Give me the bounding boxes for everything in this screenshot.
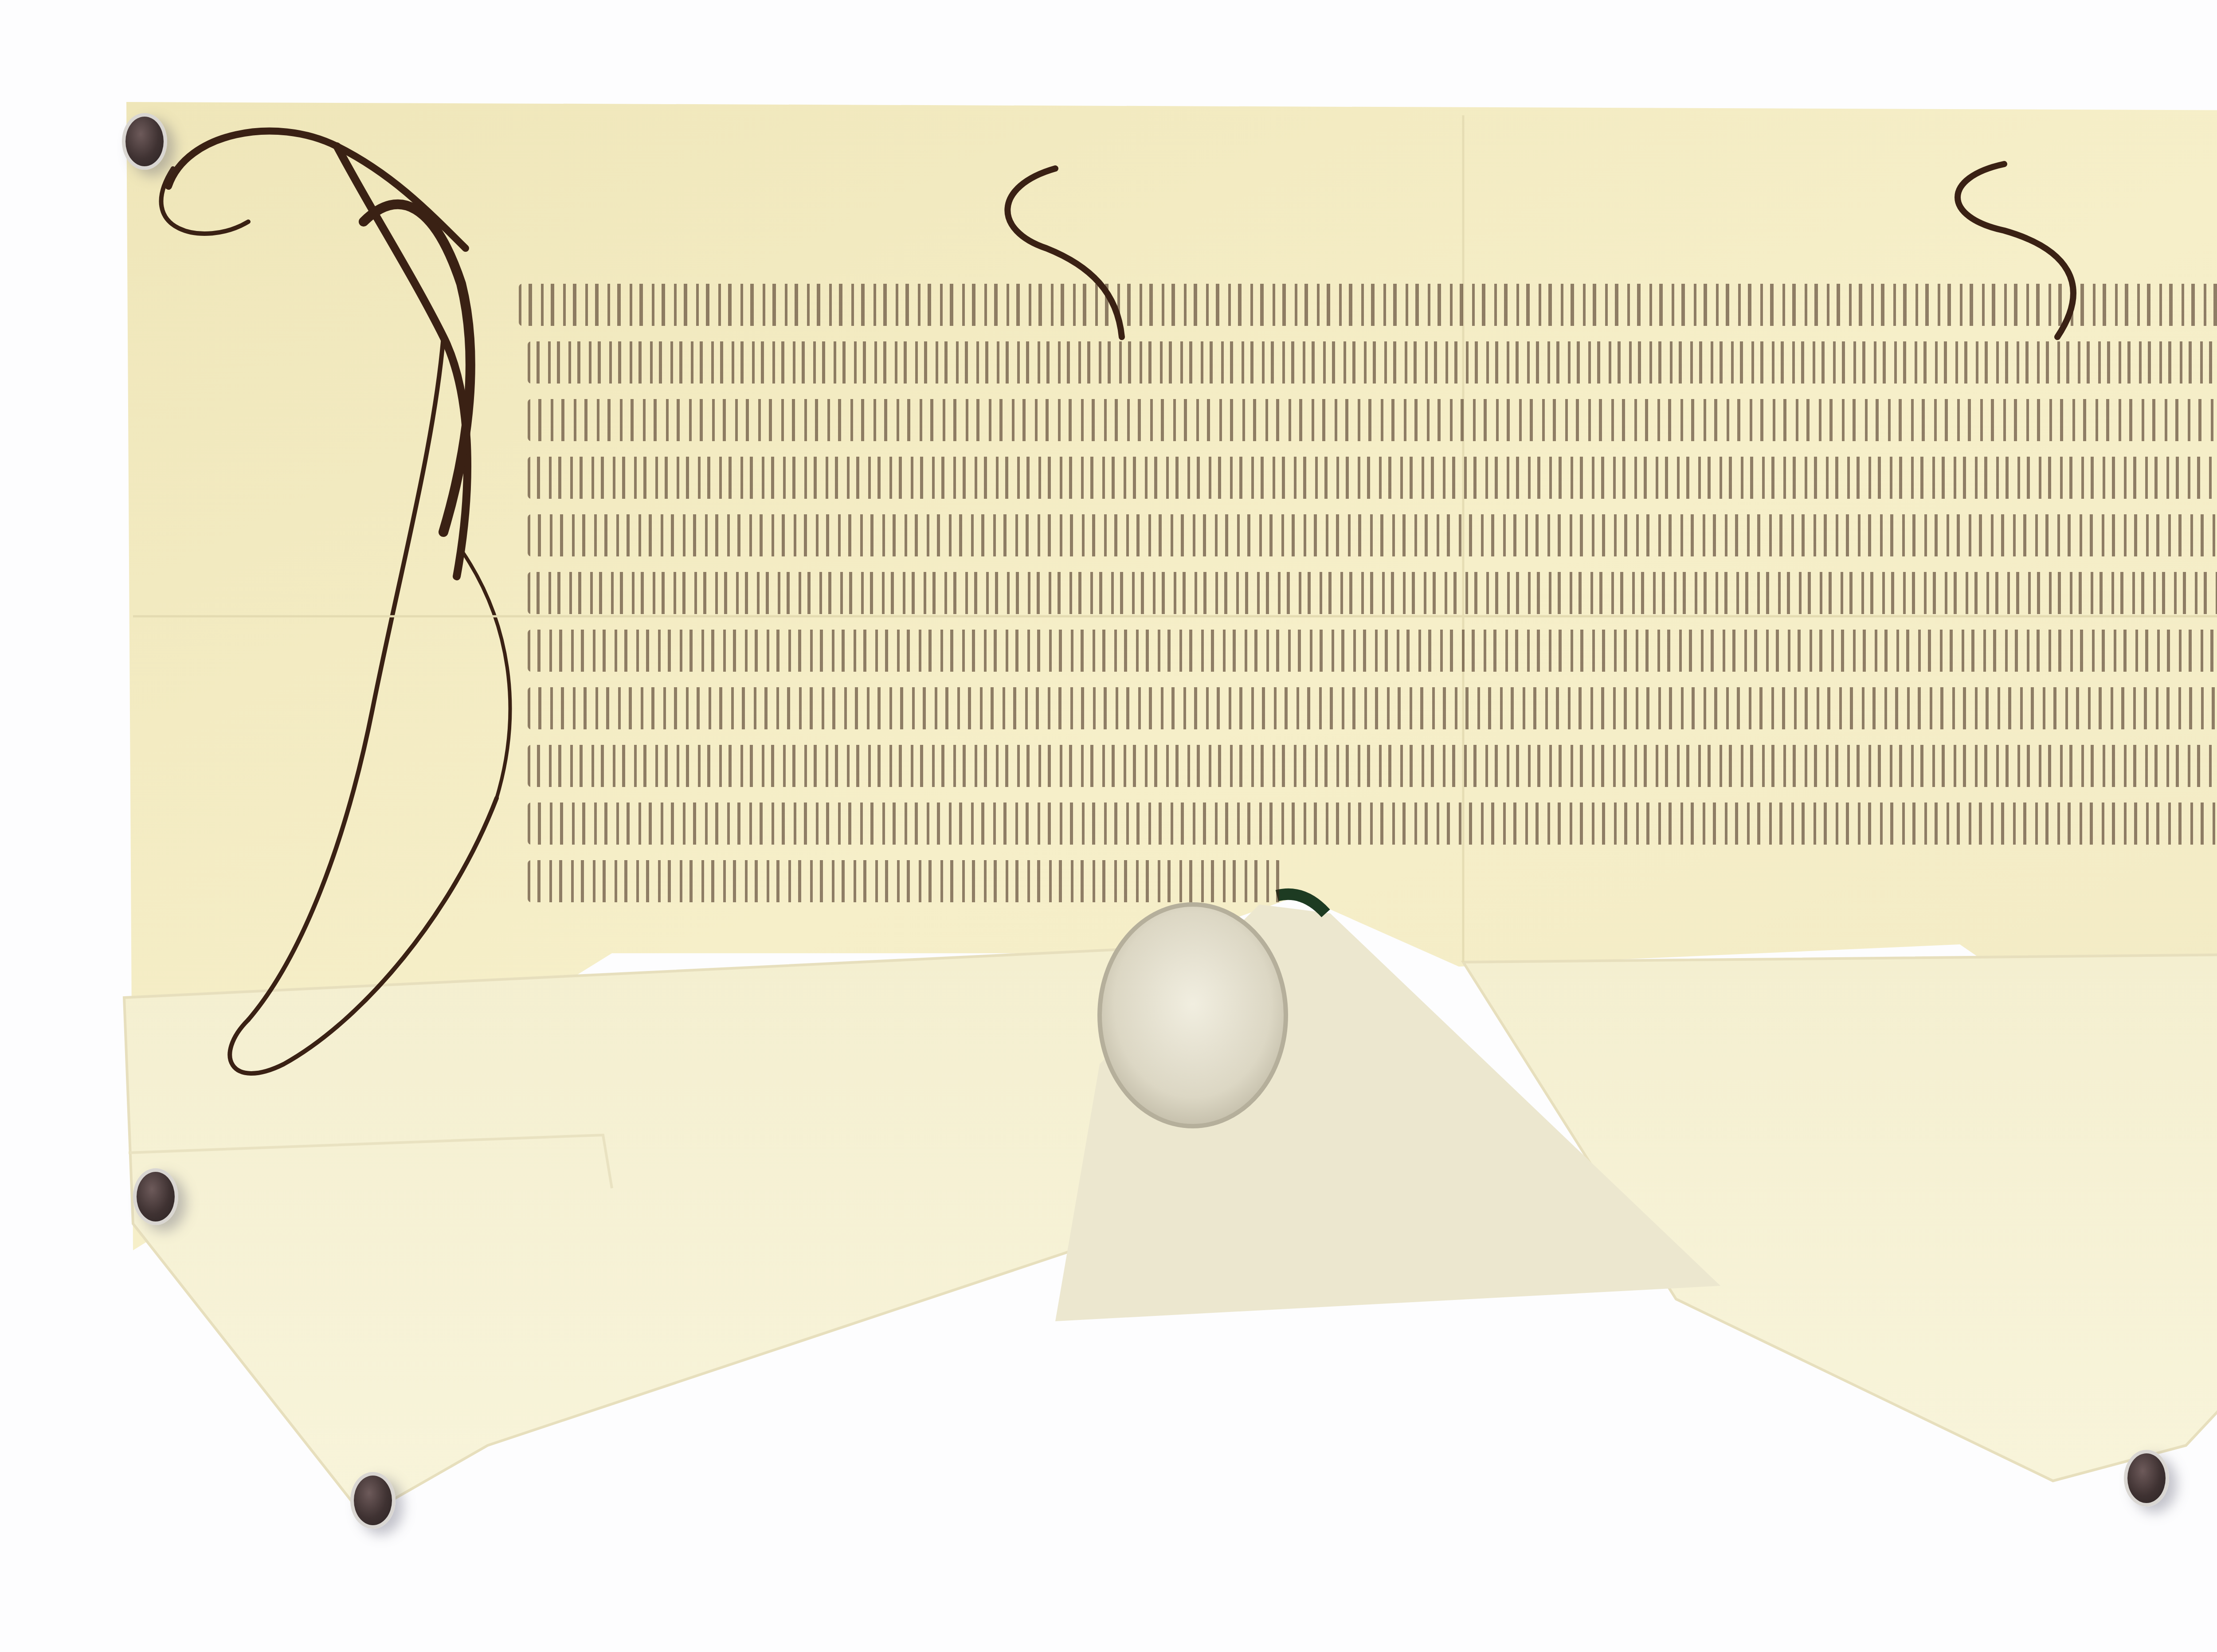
script-line bbox=[528, 572, 2217, 614]
magnet-pin-bottom-right bbox=[2124, 1450, 2169, 1507]
script-line bbox=[528, 457, 2217, 499]
magnet-pin-bottom-left bbox=[350, 1472, 396, 1529]
script-line bbox=[528, 341, 2217, 384]
script-line bbox=[528, 745, 2217, 787]
scan-background: Blue Cyan Green Yellow Red Magenta White… bbox=[0, 0, 2217, 1652]
wax-seal bbox=[1100, 904, 1286, 1126]
parchment-charter bbox=[0, 0, 2217, 1652]
script-line bbox=[528, 860, 1281, 902]
script-line bbox=[528, 803, 2217, 845]
script-line bbox=[528, 687, 2217, 729]
script-line bbox=[528, 514, 2217, 556]
script-line bbox=[528, 399, 2217, 441]
script-line bbox=[528, 630, 2217, 672]
magnet-pin-top-left bbox=[122, 113, 167, 170]
left-flap bbox=[124, 949, 1233, 1516]
script-line bbox=[519, 284, 2217, 326]
magnet-pin-mid-left bbox=[133, 1168, 178, 1225]
